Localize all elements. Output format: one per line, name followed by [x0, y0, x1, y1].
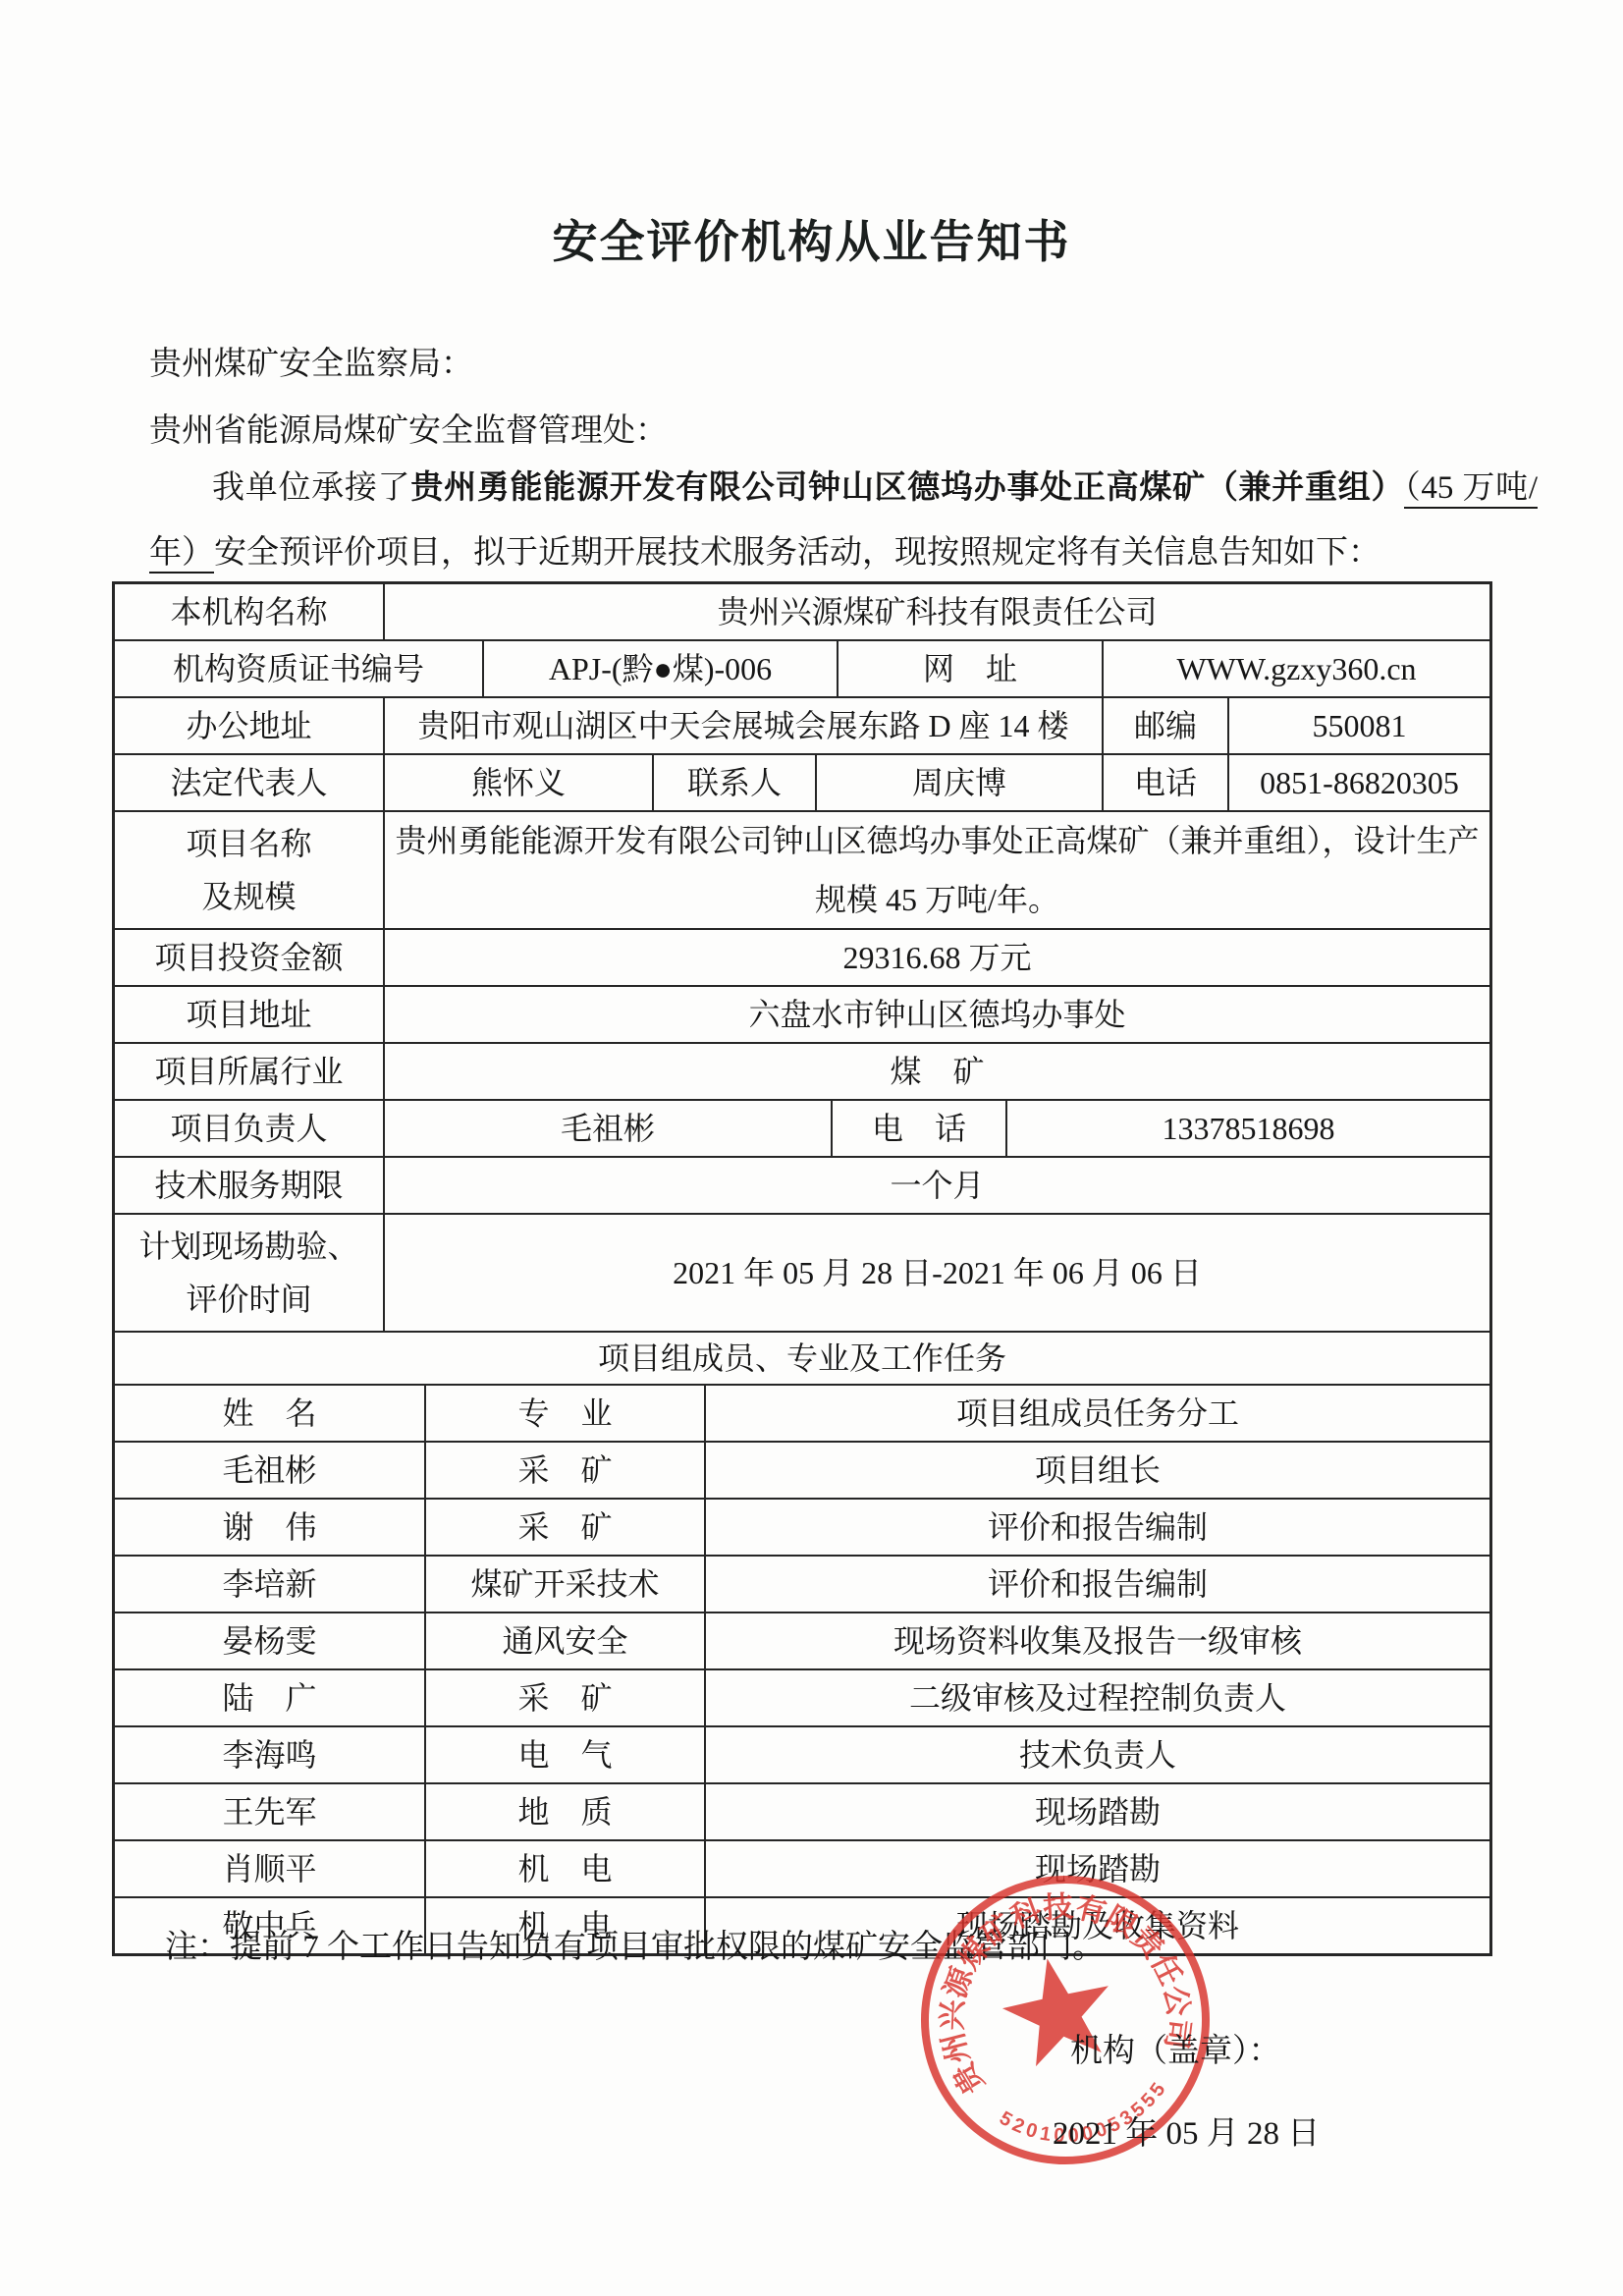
leader-label: 项目负责人 [115, 1101, 383, 1156]
member-major: 通风安全 [424, 1613, 704, 1668]
project-value: 贵州勇能能源开发有限公司钟山区德坞办事处正高煤矿（兼并重组），设计生产规模 45… [383, 812, 1489, 928]
leader-tel-label: 电 话 [831, 1101, 1005, 1156]
member-major: 采 矿 [424, 1443, 704, 1498]
team-member-row: 谢 伟 采 矿 评价和报告编制 [115, 1498, 1489, 1555]
agency-value: 贵州兴源煤矿科技有限责任公司 [383, 584, 1489, 639]
team-header-task: 项目组成员任务分工 [704, 1386, 1489, 1441]
intro-lead: 我单位承接了 [212, 470, 410, 506]
investment-label: 项目投资金额 [115, 930, 383, 985]
member-task: 评价和报告编制 [704, 1557, 1489, 1612]
document-page: 安全评价机构从业告知书 贵州煤矿安全监察局： 贵州省能源局煤矿安全监督管理处： … [0, 0, 1623, 2296]
leader-value: 毛祖彬 [383, 1101, 831, 1156]
team-member-row: 肖顺平 机 电 现场踏勘 [115, 1839, 1489, 1896]
intro-tail: 安全预评价项目，拟于近期开展技术服务活动，现按照规定将有关信息告知如下： [214, 535, 1380, 571]
cert-label: 机构资质证书编号 [115, 641, 482, 696]
zip-label: 邮编 [1102, 698, 1227, 753]
table-row-investment: 项目投资金额 29316.68 万元 [115, 928, 1489, 985]
legal-label: 法定代表人 [115, 755, 383, 810]
office-label: 办公地址 [115, 698, 383, 753]
team-member-row: 毛祖彬 采 矿 项目组长 [115, 1441, 1489, 1498]
project-label-line2: 及规模 [201, 870, 296, 923]
schedule-label: 计划现场勘验、 评价时间 [115, 1215, 383, 1331]
member-task: 现场资料收集及报告一级审核 [704, 1613, 1489, 1668]
team-member-row: 陆 广 采 矿 二级审核及过程控制负责人 [115, 1668, 1489, 1725]
intro-project-name: 贵州勇能能源开发有限公司钟山区德坞办事处正高煤矿（兼并重组） [410, 470, 1404, 506]
agency-label: 本机构名称 [115, 584, 383, 639]
team-member-row: 李海鸣 电 气 技术负责人 [115, 1725, 1489, 1782]
member-task: 二级审核及过程控制负责人 [704, 1670, 1489, 1725]
member-task: 评价和报告编制 [704, 1500, 1489, 1555]
member-major: 地 质 [424, 1784, 704, 1839]
table-row-office: 办公地址 贵阳市观山湖区中天会展城会展东路 D 座 14 楼 邮编 550081 [115, 696, 1489, 753]
team-member-row: 李培新 煤矿开采技术 评价和报告编制 [115, 1555, 1489, 1612]
table-row-industry: 项目所属行业 煤 矿 [115, 1042, 1489, 1099]
member-name: 王先军 [115, 1784, 424, 1839]
legal-value: 熊怀义 [383, 755, 652, 810]
address-label: 项目地址 [115, 987, 383, 1042]
table-row-schedule: 计划现场勘验、 评价时间 2021 年 05 月 28 日-2021 年 06 … [115, 1213, 1489, 1331]
industry-label: 项目所属行业 [115, 1044, 383, 1099]
intro-paragraph: 我单位承接了贵州勇能能源开发有限公司钟山区德坞办事处正高煤矿（兼并重组）（45 … [149, 456, 1538, 585]
table-row-legal: 法定代表人 熊怀义 联系人 周庆博 电话 0851-86820305 [115, 753, 1489, 810]
table-row-team-section: 项目组成员、专业及工作任务 [115, 1331, 1489, 1384]
office-value: 贵阳市观山湖区中天会展城会展东路 D 座 14 楼 [383, 698, 1102, 753]
team-header-major: 专 业 [424, 1386, 704, 1441]
table-row-address: 项目地址 六盘水市钟山区德坞办事处 [115, 985, 1489, 1042]
member-major: 机 电 [424, 1841, 704, 1896]
recipient-line-1: 贵州煤矿安全监察局： [149, 338, 473, 384]
table-row-leader: 项目负责人 毛祖彬 电 话 13378518698 [115, 1099, 1489, 1156]
team-member-row: 王先军 地 质 现场踏勘 [115, 1782, 1489, 1839]
investment-value: 29316.68 万元 [383, 930, 1489, 985]
tel-label: 电话 [1102, 755, 1227, 810]
member-task: 现场踏勘 [704, 1784, 1489, 1839]
project-label-line1: 项目名称 [186, 817, 311, 870]
signature-label: 机构（盖章）： [1070, 2025, 1281, 2071]
team-header-name: 姓 名 [115, 1386, 424, 1441]
member-name: 李培新 [115, 1557, 424, 1612]
contact-label: 联系人 [652, 755, 815, 810]
schedule-value: 2021 年 05 月 28 日-2021 年 06 月 06 日 [383, 1215, 1489, 1331]
schedule-label-line1: 计划现场勘验、 [138, 1220, 358, 1273]
member-name: 陆 广 [115, 1670, 424, 1725]
website-label: 网 址 [837, 641, 1102, 696]
schedule-label-line2: 评价时间 [186, 1273, 311, 1326]
contact-value: 周庆博 [815, 755, 1102, 810]
table-row-certificate: 机构资质证书编号 APJ-(黔●煤)-006 网 址 WWW.gzxy360.c… [115, 639, 1489, 696]
team-section-title: 项目组成员、专业及工作任务 [115, 1333, 1489, 1384]
table-row-project: 项目名称 及规模 贵州勇能能源开发有限公司钟山区德坞办事处正高煤矿（兼并重组），… [115, 810, 1489, 928]
member-name: 肖顺平 [115, 1841, 424, 1896]
zip-value: 550081 [1227, 698, 1489, 753]
member-task: 技术负责人 [704, 1727, 1489, 1782]
project-label: 项目名称 及规模 [115, 812, 383, 928]
member-task: 项目组长 [704, 1443, 1489, 1498]
member-major: 采 矿 [424, 1500, 704, 1555]
duration-value: 一个月 [383, 1158, 1489, 1213]
member-name: 晏杨雯 [115, 1613, 424, 1668]
leader-tel-value: 13378518698 [1005, 1101, 1489, 1156]
member-major: 电 气 [424, 1727, 704, 1782]
table-row-duration: 技术服务期限 一个月 [115, 1156, 1489, 1213]
member-name: 李海鸣 [115, 1727, 424, 1782]
notification-table: 本机构名称 贵州兴源煤矿科技有限责任公司 机构资质证书编号 APJ-(黔●煤)-… [112, 581, 1492, 1956]
duration-label: 技术服务期限 [115, 1158, 383, 1213]
website-value: WWW.gzxy360.cn [1102, 641, 1489, 696]
page-title: 安全评价机构从业告知书 [0, 206, 1623, 271]
recipient-line-2: 贵州省能源局煤矿安全监督管理处： [149, 405, 668, 451]
tel-value: 0851-86820305 [1227, 755, 1489, 810]
industry-value: 煤 矿 [383, 1044, 1489, 1099]
member-major: 采 矿 [424, 1670, 704, 1725]
table-row-team-header: 姓 名 专 业 项目组成员任务分工 [115, 1384, 1489, 1441]
cert-value: APJ-(黔●煤)-006 [482, 641, 837, 696]
member-name: 谢 伟 [115, 1500, 424, 1555]
signature-date: 2021 年 05 月 28 日 [1053, 2107, 1320, 2154]
member-name: 毛祖彬 [115, 1443, 424, 1498]
address-value: 六盘水市钟山区德坞办事处 [383, 987, 1489, 1042]
team-member-row: 晏杨雯 通风安全 现场资料收集及报告一级审核 [115, 1612, 1489, 1668]
member-major: 煤矿开采技术 [424, 1557, 704, 1612]
table-row-agency: 本机构名称 贵州兴源煤矿科技有限责任公司 [115, 584, 1489, 639]
